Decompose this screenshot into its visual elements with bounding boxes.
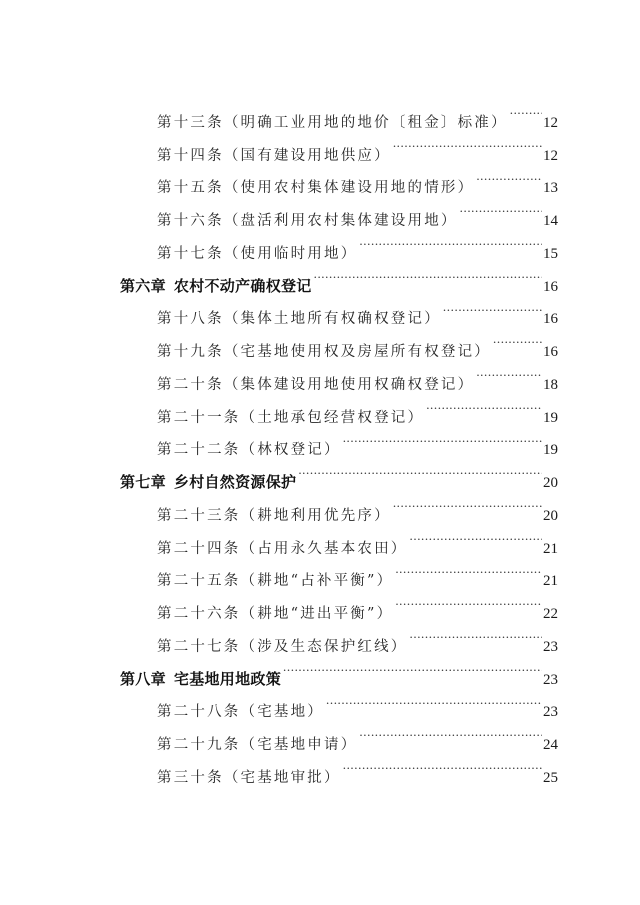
dot-leader	[410, 520, 543, 553]
toc-entry-text: （宅基地使用权及房屋所有权登记）	[224, 344, 491, 360]
toc-entry-title: 第六章农村不动产确权登记	[120, 270, 312, 303]
dot-leader	[493, 323, 542, 356]
dot-leader	[283, 651, 542, 684]
toc-entry-article-13[interactable]: 第十三条（明确工业用地的地价〔租金〕标准） 12	[120, 94, 558, 127]
dot-leader	[395, 553, 542, 586]
toc-chapter-number: 第七章	[120, 473, 166, 491]
toc-page-number: 22	[543, 598, 558, 631]
toc-entry-number: 第二十二条	[157, 442, 241, 458]
toc-page-number: 19	[543, 434, 558, 467]
toc-entry-title: 第十四条（国有建设用地供应）	[157, 140, 391, 173]
toc-entry-number: 第十九条	[157, 344, 224, 360]
toc-page-number: 16	[543, 303, 558, 336]
toc-chapter-number: 第六章	[120, 277, 166, 295]
toc-entry-title: 第三十条（宅基地审批）	[157, 762, 341, 795]
toc-entry-title: 第二十四条（占用永久基本农田）	[157, 533, 408, 566]
toc-entry-text: （耕地利用优先序）	[241, 508, 391, 524]
toc-entry-title: 第二十六条（耕地“进出平衡”）	[157, 598, 393, 631]
dot-leader	[393, 487, 542, 520]
toc-page-number: 18	[543, 369, 558, 402]
toc-entry-title: 第十九条（宅基地使用权及房屋所有权登记）	[157, 336, 491, 369]
dot-leader	[410, 618, 543, 651]
toc-page-number: 23	[543, 664, 558, 697]
toc-entry-text: （宅基地）	[241, 704, 325, 720]
dot-leader	[314, 258, 542, 291]
toc-entry-text: （国有建设用地供应）	[224, 148, 391, 164]
toc-entry-text: （耕地“进出平衡”）	[241, 606, 394, 622]
dot-leader	[393, 127, 542, 160]
dot-leader	[343, 749, 542, 782]
toc-entry-number: 第十七条	[157, 246, 224, 262]
toc-entry-title: 第八章宅基地用地政策	[120, 663, 281, 696]
dot-leader	[460, 192, 542, 225]
dot-leader	[476, 356, 542, 389]
toc-page-number: 19	[543, 402, 558, 435]
toc-entry-number: 第二十条	[157, 377, 224, 393]
toc-entry-text: （宅基地审批）	[224, 770, 341, 786]
toc-page-number: 20	[543, 500, 558, 533]
dot-leader	[298, 454, 542, 487]
toc-entry-number: 第三十条	[157, 770, 224, 786]
toc-page-number: 12	[543, 107, 558, 140]
toc-page-number: 16	[543, 271, 558, 304]
table-of-contents: 第十三条（明确工业用地的地价〔租金〕标准） 12 第十四条（国有建设用地供应） …	[120, 94, 558, 782]
dot-leader	[426, 389, 542, 422]
toc-chapter-number: 第八章	[120, 670, 166, 688]
toc-entry-number: 第十六条	[157, 213, 224, 229]
toc-entry-number: 第十四条	[157, 148, 224, 164]
toc-entry-number: 第十三条	[157, 115, 224, 131]
toc-entry-number: 第十五条	[157, 180, 224, 196]
toc-chapter-title: 乡村自然资源保护	[174, 473, 296, 491]
toc-page-number: 15	[543, 238, 558, 271]
toc-entry-number: 第二十八条	[157, 704, 241, 720]
toc-entry-number: 第二十七条	[157, 639, 241, 655]
toc-entry-title: 第二十三条（耕地利用优先序）	[157, 500, 391, 533]
dot-leader	[359, 716, 542, 749]
dot-leader	[395, 585, 542, 618]
toc-page-number: 13	[543, 172, 558, 205]
toc-entry-number: 第十八条	[157, 311, 224, 327]
toc-entry-text: （耕地“占补平衡”）	[241, 573, 394, 589]
dot-leader	[476, 160, 542, 193]
dot-leader	[510, 94, 542, 127]
toc-entry-number: 第二十六条	[157, 606, 241, 622]
toc-page-number: 16	[543, 336, 558, 369]
toc-entry-text: （占用永久基本农田）	[241, 541, 408, 557]
dot-leader	[443, 291, 542, 324]
toc-entry-text: （宅基地申请）	[241, 737, 358, 753]
toc-entry-text: （集体土地所有权确权登记）	[224, 311, 441, 327]
toc-page-number: 21	[543, 565, 558, 598]
toc-entry-title: 第十五条（使用农村集体建设用地的情形）	[157, 172, 474, 205]
toc-page-number: 23	[543, 696, 558, 729]
toc-page-number: 21	[543, 533, 558, 566]
dot-leader	[326, 684, 542, 717]
toc-page-number: 23	[543, 631, 558, 664]
toc-entry-title: 第十八条（集体土地所有权确权登记）	[157, 303, 441, 336]
toc-page-number: 25	[543, 762, 558, 795]
toc-chapter-title: 农村不动产确权登记	[174, 277, 312, 295]
toc-entry-number: 第二十四条	[157, 541, 241, 557]
toc-entry-title: 第七章乡村自然资源保护	[120, 466, 296, 499]
toc-chapter-title: 宅基地用地政策	[174, 670, 281, 688]
toc-entry-title: 第二十九条（宅基地申请）	[157, 729, 357, 762]
toc-page-number: 24	[543, 729, 558, 762]
toc-entry-title: 第二十五条（耕地“占补平衡”）	[157, 565, 393, 598]
toc-entry-number: 第二十三条	[157, 508, 241, 524]
toc-page-number: 12	[543, 140, 558, 173]
toc-entry-number: 第二十九条	[157, 737, 241, 753]
toc-page-number: 20	[543, 467, 558, 500]
dot-leader	[359, 225, 542, 258]
toc-entry-number: 第二十五条	[157, 573, 241, 589]
toc-entry-title: 第二十八条（宅基地）	[157, 696, 324, 729]
toc-entry-number: 第二十一条	[157, 410, 241, 426]
toc-page-number: 14	[543, 205, 558, 238]
dot-leader	[343, 422, 542, 455]
toc-entry-text: （使用农村集体建设用地的情形）	[224, 180, 475, 196]
